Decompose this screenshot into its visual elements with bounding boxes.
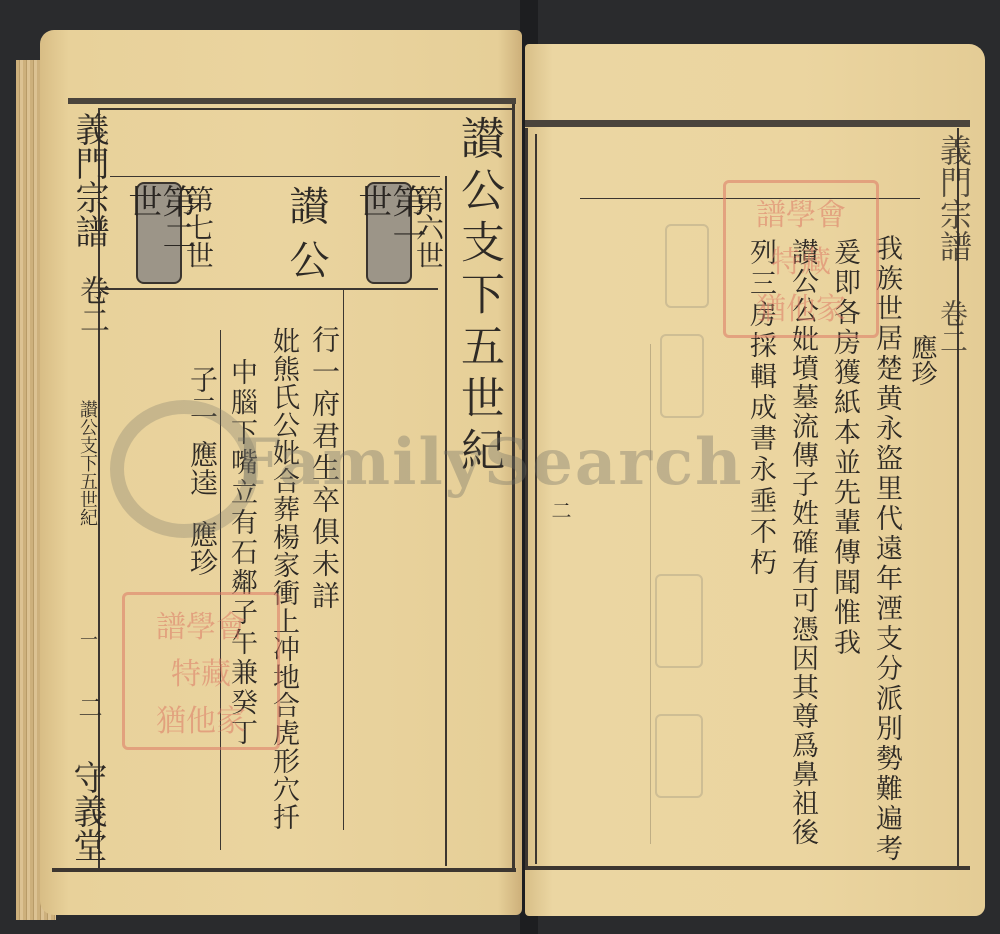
page-number: 一 bbox=[78, 630, 96, 648]
gen6-badge: 第一世 bbox=[366, 182, 412, 284]
show-through-mark bbox=[655, 574, 703, 668]
library-seal: 譜學會 特藏 猶他家 bbox=[723, 180, 879, 338]
note-divider bbox=[650, 344, 651, 844]
book-title: 義門宗譜 bbox=[72, 112, 106, 248]
bottom-border bbox=[525, 866, 970, 870]
seal-text: 譜學會 bbox=[732, 190, 870, 234]
seal-text: 猶他家 bbox=[131, 696, 271, 740]
header-bottom-line bbox=[98, 288, 438, 290]
hall-name: 守義堂 bbox=[70, 760, 104, 862]
header-top-line bbox=[110, 176, 440, 177]
top-border bbox=[525, 120, 970, 127]
entry-divider bbox=[343, 290, 344, 830]
library-seal: 譜學會 特藏 猶他家 bbox=[122, 592, 280, 750]
lineage-entry: 應珍 bbox=[909, 334, 935, 386]
gen7-badge: 第二世 bbox=[136, 182, 182, 284]
bottom-border bbox=[52, 868, 516, 872]
watermark: FamilySearch bbox=[235, 425, 744, 500]
seal-text: 特藏 bbox=[732, 237, 870, 281]
section-label: 讃公支下五世紀 bbox=[78, 400, 96, 526]
title-column-divider bbox=[445, 176, 447, 866]
left-margin-mark: 二 bbox=[550, 500, 570, 520]
show-through-mark bbox=[655, 714, 703, 798]
page-number-2: 二 bbox=[76, 695, 100, 719]
seal-text: 譜學會 bbox=[131, 602, 271, 646]
seal-text: 特藏 bbox=[131, 649, 271, 693]
volume-label-right: 卷二 bbox=[938, 299, 966, 355]
volume-label: 卷二 bbox=[76, 275, 106, 335]
show-through-mark bbox=[665, 224, 709, 308]
entry-column-2: 妣熊氏公妣合葬楊家衝上冲地合虎形穴扦 bbox=[270, 327, 297, 831]
seal-text: 猶他家 bbox=[732, 284, 870, 328]
ancestor-name: 讃公 bbox=[286, 185, 326, 293]
top-border bbox=[68, 98, 516, 104]
book-title-right: 義門宗譜 bbox=[938, 134, 970, 262]
show-through-mark bbox=[660, 334, 704, 418]
